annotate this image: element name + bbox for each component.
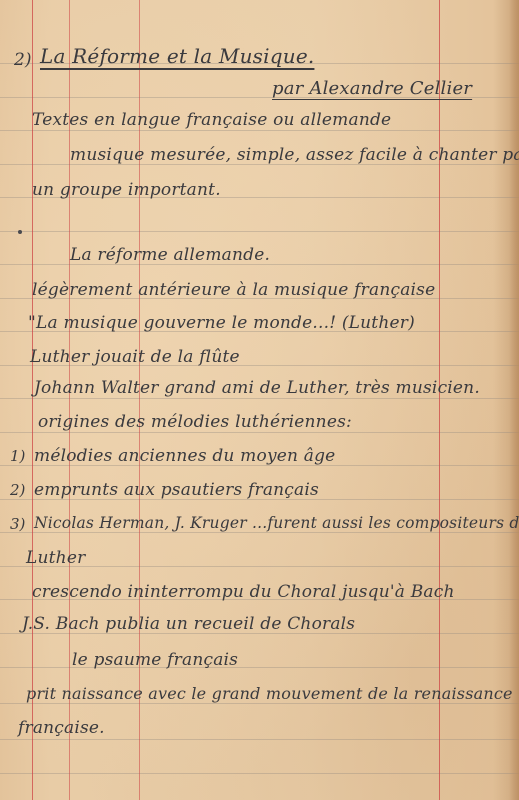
text-line: prit naissance avec le grand mouvement d… <box>26 684 513 703</box>
notebook-page: 2) La Réforme et la Musique. par Alexand… <box>0 0 519 800</box>
list-number: 1) <box>10 447 25 465</box>
page-edge-shadow <box>509 0 519 800</box>
section-subheading: le psaume français <box>72 650 238 670</box>
ruled-line <box>0 703 519 704</box>
text-line: légèrement antérieure à la musique franç… <box>32 280 435 300</box>
section-subheading: La réforme allemande. <box>70 245 270 265</box>
ink-dot <box>18 230 22 234</box>
list-item: emprunts aux psautiers français <box>34 480 319 500</box>
text-line: crescendo ininterrompu du Choral jusqu'à… <box>32 582 455 602</box>
list-item: Nicolas Herman, J. Kruger ...furent auss… <box>34 514 519 532</box>
ruled-line <box>0 432 519 433</box>
quote-line: "La musique gouverne le monde...! (Luthe… <box>28 313 415 333</box>
section-number: 2) <box>14 50 31 70</box>
text-line: Johann Walter grand ami de Luther, très … <box>34 378 480 398</box>
ruled-line <box>0 231 519 232</box>
list-number: 2) <box>10 481 25 499</box>
ruled-line <box>0 130 519 131</box>
ruled-line <box>0 398 519 399</box>
text-line: origines des mélodies luthériennes: <box>38 412 352 432</box>
ruled-line <box>0 773 519 774</box>
text-line: française. <box>18 718 105 738</box>
ruled-line <box>0 739 519 740</box>
text-line: Luther jouait de la flûte <box>30 347 240 367</box>
list-number: 3) <box>10 515 25 533</box>
text-line: Luther <box>26 548 85 568</box>
list-item: mélodies anciennes du moyen âge <box>34 446 335 466</box>
text-line: musique mesurée, simple, assez facile à … <box>70 145 519 165</box>
text-line: un groupe important. <box>32 180 221 200</box>
author-line: par Alexandre Cellier <box>272 78 472 99</box>
ruled-line <box>0 532 519 533</box>
text-line: Textes en langue française ou allemande <box>32 110 391 130</box>
text-line: J.S. Bach publia un recueil de Chorals <box>22 614 355 634</box>
page-title: La Réforme et la Musique. <box>40 44 314 68</box>
margin-line <box>439 0 440 800</box>
